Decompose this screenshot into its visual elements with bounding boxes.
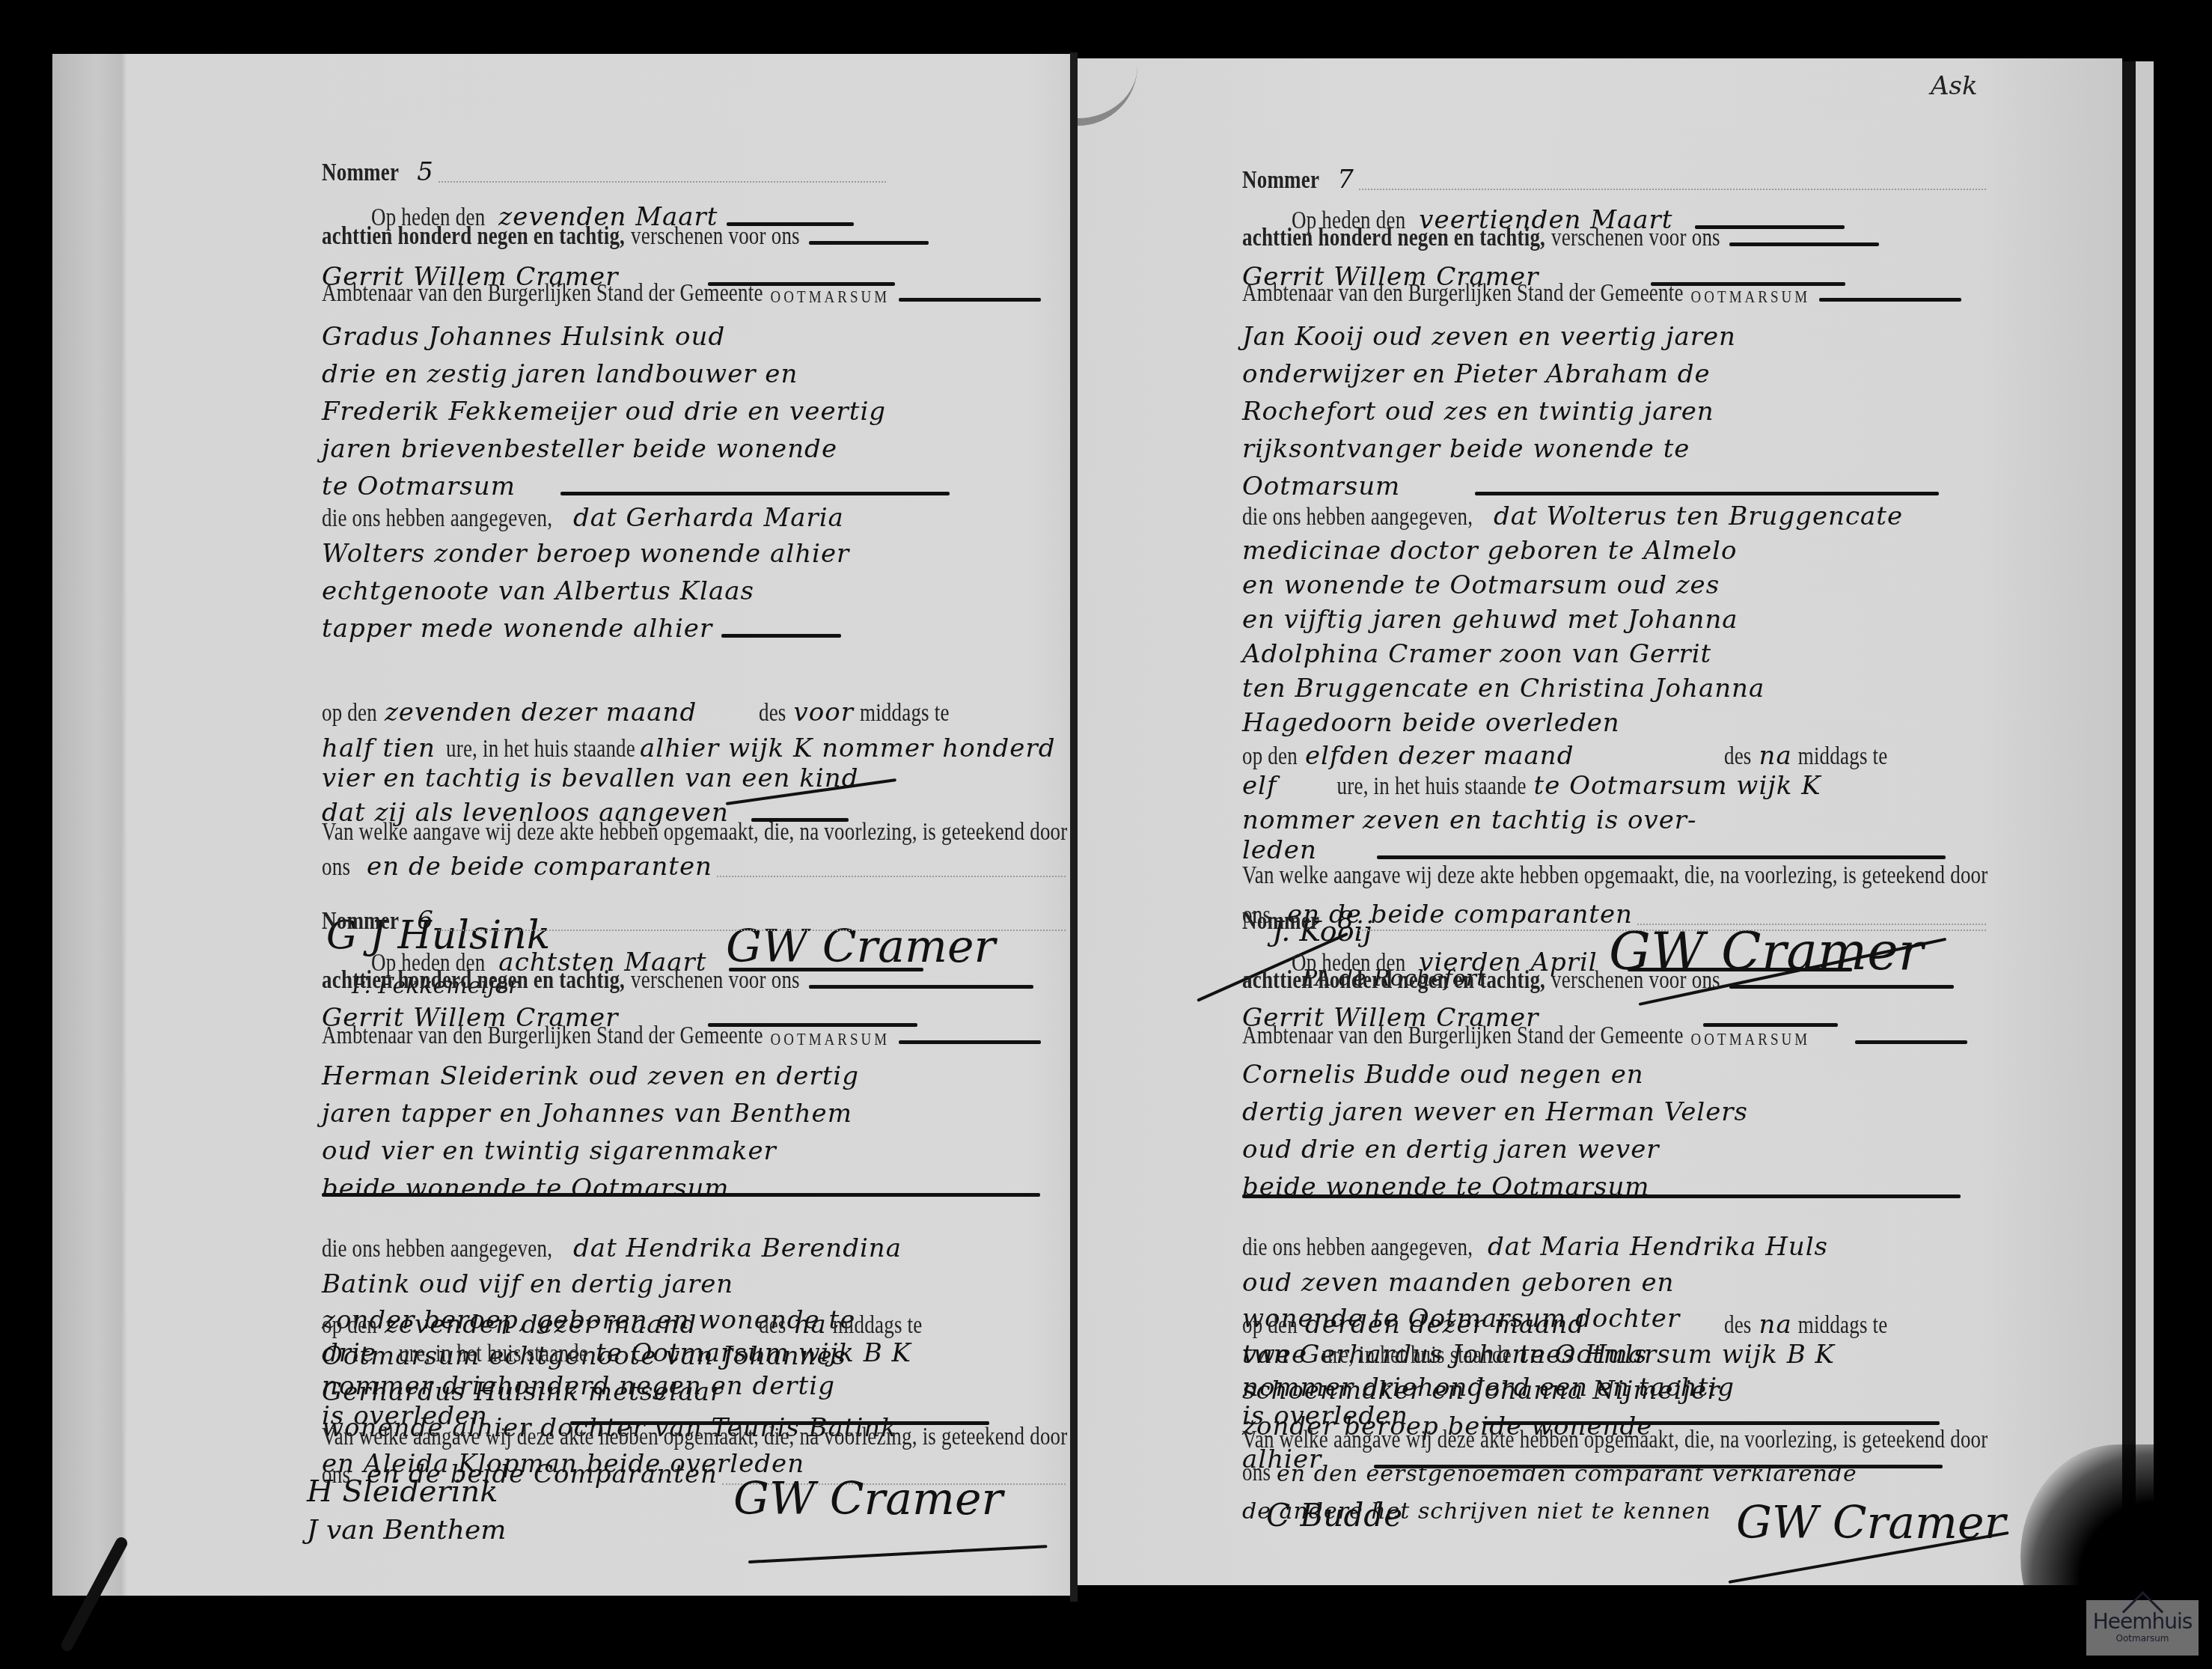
watermark-place: Ootmarsum xyxy=(2086,1633,2199,1644)
middags-label: middags te xyxy=(833,1311,923,1340)
ure-label: ure, in het huis staande xyxy=(446,734,635,763)
municipality: OOTMARSUM xyxy=(771,1030,890,1051)
ambtenaar-label: Ambtenaar van den Burgerlijken Stand der… xyxy=(322,278,763,308)
place-line: alhier wijk K nommer honderd xyxy=(640,733,1055,763)
event-hour: drie xyxy=(322,1338,376,1368)
verschenen-label: verschenen voor ons xyxy=(631,965,800,995)
statement-line: en vijftig jaren gehuwd met Johanna xyxy=(1242,605,1738,635)
op-den-label: op den xyxy=(1242,1311,1298,1340)
middags-label: middags te xyxy=(860,698,950,727)
book-spine xyxy=(1070,52,1078,1602)
entry-7: Nommer 7 Op heden den veertienden Maart … xyxy=(1242,142,2020,816)
am-pm: voor xyxy=(794,698,854,727)
ure-label: ure, in het huis staande xyxy=(1322,1340,1512,1370)
year-line: achttien honderd negen en tachtig, xyxy=(1242,223,1545,252)
statement-line: dat Gerharda Maria xyxy=(573,503,844,533)
place-line: te Ootmarsum wijk B K xyxy=(596,1338,911,1368)
archive-watermark: Heemhuis Ootmarsum xyxy=(2086,1600,2199,1656)
signature-declarant: J van Benthem xyxy=(307,1515,506,1546)
page-edge-shadow xyxy=(2122,61,2136,1588)
scanned-register-spread: Ask Nommer 5 Op heden den zevenden Maart… xyxy=(0,0,2212,1669)
statement-line: Batink oud vijf en dertig jaren xyxy=(322,1269,733,1299)
statement-line: dat Hendrika Berendina xyxy=(573,1233,902,1263)
declarant-line: jaren brievenbesteller beide wonende xyxy=(322,434,837,464)
year-line: achttien honderd negen en tachtig, xyxy=(322,965,625,995)
declarant-line: onderwijzer en Pieter Abraham de xyxy=(1242,359,1711,389)
statement-line: en wonende te Ootmarsum oud zes xyxy=(1242,570,1720,600)
declarant-line: Herman Sleiderink oud zeven en dertig xyxy=(322,1061,859,1091)
declarant-line: rijksontvanger beide wonende te xyxy=(1242,434,1690,464)
closing-line: Van welke aangave wij deze akte hebben o… xyxy=(322,1422,1068,1451)
declarant-line: Rochefort oud zes en twintig jaren xyxy=(1242,397,1714,427)
municipality: OOTMARSUM xyxy=(1691,287,1811,308)
page-edge xyxy=(2136,61,2154,1588)
year-line: achttien honderd negen en tachtig, xyxy=(322,222,625,251)
declarant-line: te Ootmarsum xyxy=(322,472,516,501)
aangegeven-label: die ons hebben aangegeven, xyxy=(322,1234,552,1263)
ambtenaar-label: Ambtenaar van den Burgerlijken Stand der… xyxy=(1242,1021,1684,1050)
ambtenaar-label: Ambtenaar van den Burgerlijken Stand der… xyxy=(1242,278,1684,308)
des-label: des xyxy=(759,1311,786,1340)
declarant-line: oud vier en twintig sigarenmaker xyxy=(322,1136,777,1166)
declarant-line: dertig jaren wever en Herman Velers xyxy=(1242,1097,1748,1127)
place-line: vier en tachtig is bevallen van een kind xyxy=(322,763,858,793)
verschenen-label: verschenen voor ons xyxy=(1551,965,1720,995)
place-line: nommer zeven en tachtig is over- xyxy=(1242,805,1697,835)
statement-line: ten Bruggencate en Christina Johanna xyxy=(1242,674,1765,704)
ure-label: ure, in het huis staande xyxy=(1337,772,1527,801)
place-line: nommer driehonderd negen en dertig xyxy=(322,1371,835,1401)
statement-line: Wolters zonder beroep wonende alhier xyxy=(322,539,849,569)
event-day: derden dezer maand xyxy=(1305,1310,1724,1340)
signed-by: en de beide comparanten xyxy=(367,852,712,882)
signature-declarant: H Sleiderink xyxy=(307,1474,498,1509)
event-hour: half tien xyxy=(322,733,436,763)
place-line: te Ootmarsum wijk K xyxy=(1534,771,1821,801)
municipality: OOTMARSUM xyxy=(1691,1030,1811,1051)
verschenen-label: verschenen voor ons xyxy=(1551,223,1720,252)
aangegeven-label: die ons hebben aangegeven, xyxy=(1242,502,1473,531)
statement-line: medicinae doctor geboren te Almelo xyxy=(1242,536,1737,566)
year-line: achttien honderd negen en tachtig, xyxy=(1242,965,1545,995)
ons-label: ons xyxy=(1242,1458,1271,1487)
middags-label: middags te xyxy=(1798,1311,1888,1340)
signed-by: en den eerstgenoemden comparant verklare… xyxy=(1277,1461,1857,1487)
event-day: zevenden dezer maand xyxy=(385,1310,759,1340)
signature-declarant: C Budde xyxy=(1266,1497,1402,1534)
declarant-line: Frederik Fekkemeijer oud drie en veertig xyxy=(322,397,886,427)
middags-label: middags te xyxy=(1798,742,1888,771)
statement-line: Adolphina Cramer zoon van Gerrit xyxy=(1242,639,1711,669)
signature-clerk: GW Cramer xyxy=(733,1473,1003,1525)
closing-line: Van welke aangave wij deze akte hebben o… xyxy=(322,817,1068,846)
am-pm: na xyxy=(794,1310,827,1340)
place-line: nommer driehonderd een en tachtig xyxy=(1242,1373,1735,1403)
des-label: des xyxy=(759,698,786,727)
nommer-label: Nommer xyxy=(322,906,399,936)
nommer-label: Nommer xyxy=(1242,165,1319,195)
entry-number: 7 xyxy=(1337,165,1354,195)
am-pm: na xyxy=(1759,1310,1792,1340)
aangegeven-label: die ons hebben aangegeven, xyxy=(322,504,552,533)
declarant-line: Gradus Johannes Hulsink oud xyxy=(322,322,725,352)
event-hour: elf xyxy=(1242,771,1277,801)
op-den-label: op den xyxy=(1242,742,1298,771)
municipality: OOTMARSUM xyxy=(771,287,890,308)
entry-5: Nommer 5 Op heden den zevenden Maart ach… xyxy=(322,142,1070,816)
event-hour: twee xyxy=(1242,1340,1307,1370)
statement-line: oud zeven maanden geboren en xyxy=(1242,1268,1675,1298)
corner-annotation: Ask xyxy=(1931,71,1978,101)
statement-line: dat Wolterus ten Bruggencate xyxy=(1494,501,1903,531)
entry-number: 6 xyxy=(417,906,434,936)
closing-line: Van welke aangave wij deze akte hebben o… xyxy=(1242,1425,1988,1454)
declarant-line: drie en zestig jaren landbouwer en xyxy=(322,359,798,389)
statement-line: dat Maria Hendrika Huls xyxy=(1488,1232,1828,1262)
declarant-line: jaren tapper en Johannes van Benthem xyxy=(322,1099,852,1129)
statement-line: tapper mede wonende alhier xyxy=(322,614,712,644)
declarant-line: oud drie en dertig jaren wever xyxy=(1242,1135,1660,1165)
op-den-label: op den xyxy=(322,698,377,727)
place-line: te Ootmarsum wijk B K xyxy=(1519,1340,1835,1370)
ambtenaar-label: Ambtenaar van den Burgerlijken Stand der… xyxy=(322,1021,763,1050)
event-day: zevenden dezer maand xyxy=(385,698,759,727)
verschenen-label: verschenen voor ons xyxy=(631,222,800,251)
statement-line: echtgenoote van Albertus Klaas xyxy=(322,576,754,606)
declarant-line: Ootmarsum xyxy=(1242,472,1400,501)
am-pm: na xyxy=(1759,741,1792,771)
ons-label: ons xyxy=(322,852,350,882)
entry-number: 5 xyxy=(417,157,434,187)
closing-line: Van welke aangave wij deze akte hebben o… xyxy=(1242,861,1988,890)
event-day: elfden dezer maand xyxy=(1305,741,1724,771)
statement-line: Hagedoorn beide overleden xyxy=(1242,708,1620,738)
declarant-line: Cornelis Budde oud negen en xyxy=(1242,1060,1644,1090)
aangegeven-label: die ons hebben aangegeven, xyxy=(1242,1233,1473,1262)
op-den-label: op den xyxy=(322,1311,377,1340)
declarant-line: Jan Kooij oud zeven en veertig jaren xyxy=(1242,322,1736,352)
des-label: des xyxy=(1724,742,1752,771)
des-label: des xyxy=(1724,1311,1752,1340)
entry-number: 8 xyxy=(1337,906,1354,936)
nommer-label: Nommer xyxy=(1242,906,1319,936)
ure-label: ure, in het huis staande xyxy=(399,1339,588,1368)
nommer-label: Nommer xyxy=(322,158,399,187)
